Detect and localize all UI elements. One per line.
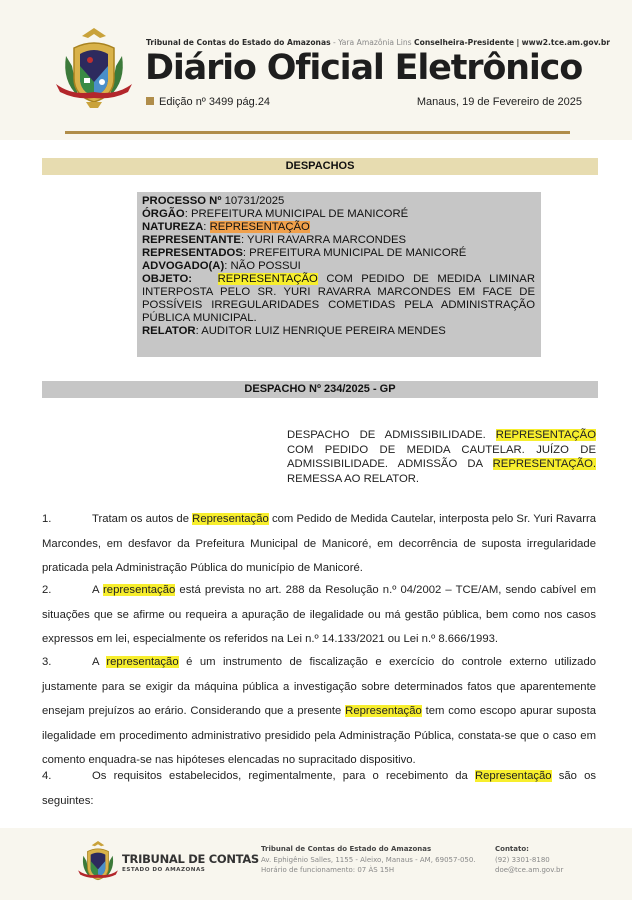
- paragraph-3: 3.A representação é um instrumento de fi…: [42, 650, 596, 773]
- paragraph-2: 2.A representação está prevista no art. …: [42, 578, 596, 652]
- process-lawyer: ADVOGADO(A): NÃO POSSUI: [142, 260, 535, 273]
- despacho-summary: DESPACHO DE ADMISSIBILIDADE. REPRESENTAÇ…: [287, 428, 596, 486]
- despacho-title: DESPACHO Nº 234/2025 - GP: [42, 381, 598, 398]
- process-number: PROCESSO Nº 10731/2025: [142, 195, 535, 208]
- footer-contact: Contato: (92) 3301-8180 doe@tce.am.gov.b…: [495, 844, 563, 876]
- page-footer: TRIBUNAL DE CONTAS ESTADO DO AMAZONAS Tr…: [0, 828, 632, 900]
- process-rapporteur: RELATOR: AUDITOR LUIZ HENRIQUE PEREIRA M…: [142, 325, 535, 338]
- highlight-match: REPRESENTAÇÃO: [218, 273, 318, 285]
- institution-name: Tribunal de Contas do Estado do Amazonas: [146, 38, 331, 47]
- edition-info: Edição nº 3499 pág.24: [146, 96, 270, 108]
- process-organ: ÓRGÃO: PREFEITURA MUNICIPAL DE MANICORÉ: [142, 208, 535, 221]
- process-representative: REPRESENTANTE: YURI RAVARRA MARCONDES: [142, 234, 535, 247]
- publication-date: Manaus, 19 de Fevereiro de 2025: [417, 96, 582, 108]
- process-box: PROCESSO Nº 10731/2025 ÓRGÃO: PREFEITURA…: [137, 192, 541, 357]
- highlight-match: Representação: [192, 513, 269, 525]
- highlight-match: Representação: [475, 770, 552, 782]
- footer-phone: (92) 3301-8180: [495, 855, 563, 866]
- footer-brand-sub: ESTADO DO AMAZONAS: [122, 867, 205, 873]
- website-link[interactable]: www2.tce.am.gov.br: [522, 38, 610, 47]
- header-tagline: Tribunal de Contas do Estado do Amazonas…: [146, 38, 610, 47]
- process-represented: REPRESENTADOS: PREFEITURA MUNICIPAL DE M…: [142, 247, 535, 260]
- paragraph-4: 4.Os requisitos estabelecidos, regimenta…: [42, 764, 596, 813]
- president-role: Conselheira-Presidente: [414, 38, 514, 47]
- page-title: Diário Oficial Eletrônico: [145, 48, 582, 88]
- highlight-match: representação: [103, 584, 175, 596]
- highlight-match-current: REPRESENTAÇÃO: [210, 221, 310, 233]
- header-divider: [65, 131, 570, 134]
- footer-email[interactable]: doe@tce.am.gov.br: [495, 865, 563, 876]
- highlight-match: REPRESENTAÇÃO: [496, 429, 596, 441]
- highlight-match: representação: [106, 656, 178, 668]
- process-nature: NATUREZA: REPRESENTAÇÃO: [142, 221, 535, 234]
- process-object: OBJETO: REPRESENTAÇÃO COM PEDIDO DE MEDI…: [142, 273, 535, 325]
- section-title: DESPACHOS: [42, 158, 598, 175]
- page-header: Tribunal de Contas do Estado do Amazonas…: [0, 0, 632, 140]
- footer-brand: TRIBUNAL DE CONTAS: [122, 852, 259, 866]
- coat-of-arms-icon: [76, 840, 120, 884]
- president-name: Yara Amazônia Lins: [338, 38, 411, 47]
- footer-address: Tribunal de Contas do Estado do Amazonas…: [261, 844, 476, 876]
- coat-of-arms-icon: [52, 26, 136, 110]
- square-bullet-icon: [146, 97, 154, 105]
- highlight-match: Representação: [345, 705, 422, 717]
- edition-text: Edição nº 3499 pág.24: [159, 96, 270, 108]
- highlight-match: REPRESENTAÇÃO.: [493, 458, 596, 470]
- paragraph-1: 1.Tratam os autos de Representação com P…: [42, 507, 596, 581]
